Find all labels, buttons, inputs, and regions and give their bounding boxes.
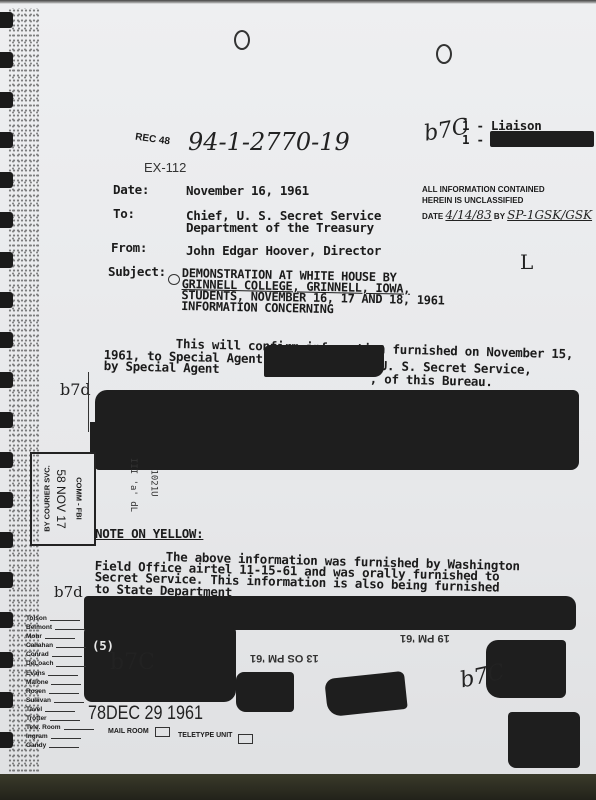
date-label: Date:	[113, 182, 149, 197]
binding-ring	[0, 572, 13, 588]
from-value: John Edgar Hoover, Director	[186, 243, 381, 258]
subject-text: DEMONSTRATION AT WHITE HOUSE BY GRINNELL…	[181, 268, 445, 318]
ex-stamp: EX-112	[144, 160, 186, 175]
document-page: REC 48 94-1-2770-19 EX-112 b7C 1 - Liais…	[0, 0, 596, 800]
date-value: November 16, 1961	[186, 183, 309, 198]
to-label: To:	[113, 206, 135, 221]
exemption-mark-b7c: b7C	[110, 650, 155, 675]
punch-hole	[234, 30, 250, 50]
binding-ring	[0, 132, 13, 148]
routing-line2: 1 -	[462, 132, 484, 147]
by-value: SP-1GSK/GSK	[507, 208, 592, 222]
teletype-checkbox	[238, 734, 253, 744]
binding-ring	[0, 452, 13, 468]
teletype-label: TELETYPE UNIT	[178, 732, 232, 739]
classification-line2: HEREIN IS UNCLASSIFIED	[422, 196, 523, 205]
mail-room-label: MAIL ROOM	[108, 728, 149, 735]
binding-ring	[0, 12, 13, 28]
file-number: 94-1-2770-19	[188, 128, 350, 156]
binding-ring	[0, 332, 13, 348]
binding-ring	[0, 532, 13, 548]
bleed-through-1: 13 OS PM '61	[250, 652, 319, 664]
received-date: DEC 29 1961	[106, 703, 203, 724]
binding-ring	[0, 252, 13, 268]
binding-ring	[0, 372, 13, 388]
binding-ring	[0, 52, 13, 68]
exemption-mark-b7d: b7d	[54, 583, 83, 601]
bleed-mark: 1021U	[149, 469, 159, 496]
binding-ring	[0, 412, 13, 428]
bleed-mark: III 'a' dL	[128, 458, 138, 512]
redaction	[90, 422, 102, 452]
binding-ring	[0, 732, 13, 748]
body-line3b: , of this Bureau.	[370, 371, 493, 389]
redaction	[490, 131, 594, 147]
body-line3a: by Special Agent	[104, 358, 220, 376]
scan-edge	[0, 0, 596, 4]
binding-ring	[0, 612, 13, 628]
rec-stamp: REC 48	[134, 132, 170, 148]
binding-ring	[0, 172, 13, 188]
date-label: DATE	[422, 212, 443, 221]
bleed-through-2: 19 PM '61	[400, 632, 450, 644]
date-value: 4/14/83	[445, 208, 491, 222]
circle-mark	[168, 274, 180, 285]
routing-list: Tolson Belmont Mohr Callahan Conrad DeLo…	[26, 614, 94, 750]
note-heading: NOTE ON YELLOW:	[95, 526, 203, 541]
to-line2: Department of the Treasury	[186, 220, 374, 235]
mail-room-checkbox	[155, 727, 170, 737]
classification-line1: ALL INFORMATION CONTAINED	[422, 185, 545, 194]
binding-ring	[0, 692, 13, 708]
binding-ring	[0, 492, 13, 508]
binding-ring	[0, 92, 13, 108]
received-number: 78	[88, 703, 106, 724]
punch-hole	[436, 44, 452, 64]
received-stamp: 78DEC 29 1961	[88, 703, 203, 725]
binding-ring	[0, 652, 13, 668]
exemption-mark-b7d: b7d	[60, 380, 91, 399]
redaction	[508, 712, 580, 768]
binding-ring	[0, 292, 13, 308]
subject-label: Subject:	[108, 264, 166, 279]
redaction	[264, 345, 384, 377]
by-label: BY	[494, 212, 505, 221]
courier-stamp: BY COURIER SVC. 58 NOV 17 COMM - FBI	[30, 452, 96, 546]
classification-date-row: DATE 4/14/83 BY SP-1GSK/GSK	[422, 208, 592, 222]
binding-ring	[0, 212, 13, 228]
margin-mark: L	[520, 250, 533, 274]
redaction	[236, 672, 294, 712]
from-label: From:	[111, 240, 147, 255]
redaction	[84, 596, 576, 630]
margin-line	[88, 372, 89, 432]
redaction	[324, 671, 408, 717]
scan-bottom-edge	[0, 774, 596, 800]
redaction	[95, 390, 579, 470]
